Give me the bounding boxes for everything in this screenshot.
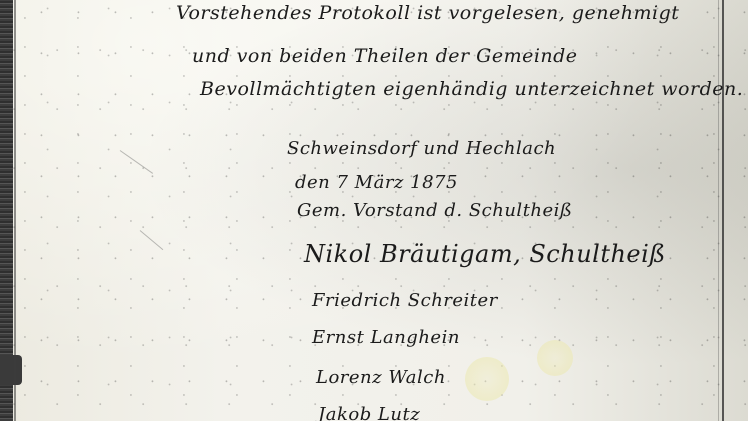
signature-name-1: Friedrich Schreiter (312, 290, 498, 311)
body-line-3: Bevollmächtigten eigenhändig unterzeichn… (200, 78, 743, 100)
body-line-2: und von beiden Theilen der Gemeinde (192, 45, 578, 67)
document-page: Vorstehendes Protokoll ist vorgelesen, g… (0, 0, 748, 421)
body-line-1: Vorstehendes Protokoll ist vorgelesen, g… (176, 2, 679, 24)
water-stain (537, 340, 573, 376)
closing-date: den 7 März 1875 (295, 172, 458, 193)
left-margin-rule (14, 0, 16, 421)
binding-notch (0, 355, 22, 385)
signature-name-4: Jakob Lutz (318, 404, 420, 421)
right-margin-rule (722, 0, 724, 421)
closing-officer: Gem. Vorstand d. Schultheiß (297, 200, 572, 221)
signature-mayor: Nikol Bräutigam, Schultheiß (304, 240, 666, 268)
right-margin-rule-faint (718, 0, 719, 421)
closing-place: Schweinsdorf und Hechlach (287, 138, 556, 159)
signature-name-2: Ernst Langhein (312, 327, 460, 348)
water-stain (465, 357, 509, 401)
signature-name-3: Lorenz Walch (316, 367, 446, 388)
